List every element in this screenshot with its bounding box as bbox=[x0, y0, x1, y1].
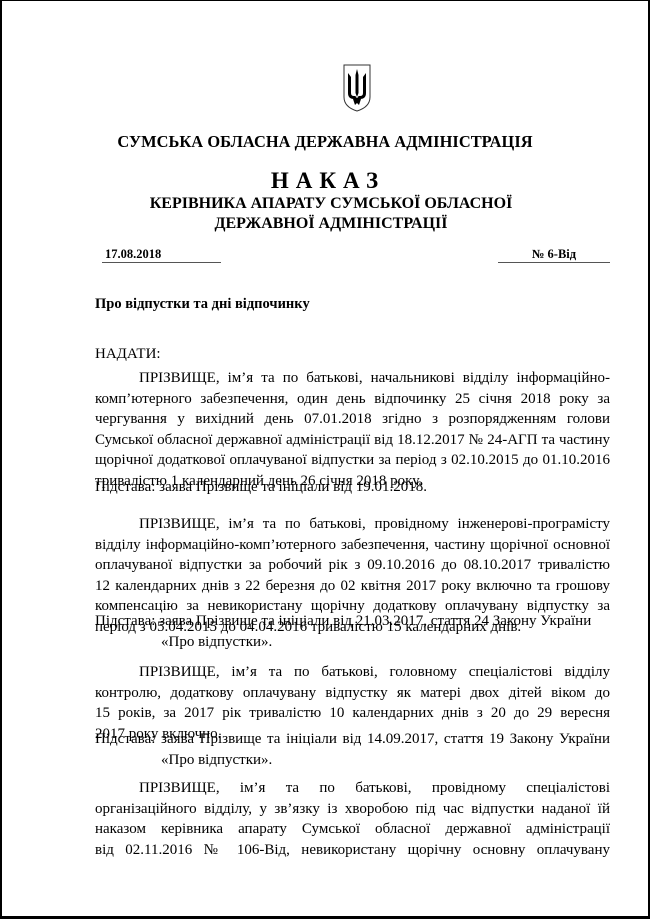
text-line: Підстава: заява Прізвище та ініціали від… bbox=[95, 729, 610, 750]
document-type-title: НАКАЗ bbox=[2, 168, 648, 194]
document-number: № 6-Від bbox=[498, 247, 610, 263]
issuer-title: КЕРІВНИКА АПАРАТУ СУМСЬКОЇ ОБЛАСНОЇ ДЕРЖ… bbox=[2, 194, 648, 234]
text-line: «Про відпустки». bbox=[95, 632, 610, 653]
text-line: оплачуваної відпустки за робочий рік з 0… bbox=[95, 555, 610, 576]
document-subject: Про відпустки та дні відпочинку bbox=[95, 296, 310, 313]
text-line: організаційного відділу, у зв’язку із хв… bbox=[95, 799, 610, 820]
text-line: контролю, додаткову оплачувану відпустку… bbox=[95, 683, 610, 704]
text-line: Підстава: заява Прізвище та ініціали від… bbox=[95, 477, 610, 498]
text-line: щорічної додаткової оплачуваної відпустк… bbox=[95, 450, 610, 471]
text-line: 15 років, за 2017 рік тривалістю 10 кале… bbox=[95, 703, 610, 724]
order-intro: НАДАТИ: bbox=[95, 344, 610, 365]
text-line: відділу інформаційно-комп’ютерного забез… bbox=[95, 535, 610, 556]
order-paragraph-4: ПРІЗВИЩЕ, ім’я та по батькові, провідном… bbox=[95, 778, 610, 860]
text-line: чергування у вихідний день 07.01.2018 зг… bbox=[95, 409, 610, 430]
issuer-line-2: ДЕРЖАВНОЇ АДМІНІСТРАЦІЇ bbox=[14, 214, 648, 234]
basis-note-2: Підстава: заява Прізвище та ініціали від… bbox=[95, 611, 610, 652]
basis-note-3: Підстава: заява Прізвище та ініціали від… bbox=[95, 729, 610, 770]
organization-title: СУМСЬКА ОБЛАСНА ДЕРЖАВНА АДМІНІСТРАЦІЯ bbox=[2, 132, 648, 152]
issuer-line-1: КЕРІВНИКА АПАРАТУ СУМСЬКОЇ ОБЛАСНОЇ bbox=[14, 194, 648, 214]
coat-of-arms-trident-icon bbox=[342, 63, 372, 113]
text-line: 12 календарних днів з 22 березня до 02 к… bbox=[95, 576, 610, 597]
basis-note-1: Підстава: заява Прізвище та ініціали від… bbox=[95, 477, 610, 498]
text-line: від 02.11.2016 № 106-Від, невикористану … bbox=[95, 840, 610, 861]
document-date: 17.08.2018 bbox=[102, 247, 221, 263]
document-page: СУМСЬКА ОБЛАСНА ДЕРЖАВНА АДМІНІСТРАЦІЯ Н… bbox=[0, 0, 650, 919]
text-line: ПРІЗВИЩЕ, ім’я та по батькові, провідном… bbox=[95, 778, 610, 799]
text-line: наказом керівника апарату Сумської облас… bbox=[95, 819, 610, 840]
text-line: ПРІЗВИЩЕ, ім’я та по батькові, провідном… bbox=[95, 514, 610, 535]
text-line: ПРІЗВИЩЕ, ім’я та по батькові, головному… bbox=[95, 662, 610, 683]
text-line: Підстава: заява Прізвище та ініціали від… bbox=[95, 611, 610, 632]
text-line: ПРІЗВИЩЕ, ім’я та по батькові, начальник… bbox=[95, 368, 610, 389]
text-line: «Про відпустки». bbox=[95, 750, 610, 771]
text-line: Сумської обласної державної адміністраці… bbox=[95, 430, 610, 451]
text-line: комп’ютерного забезпечення, один день ві… bbox=[95, 389, 610, 410]
order-paragraph-1: ПРІЗВИЩЕ, ім’я та по батькові, начальник… bbox=[95, 368, 610, 491]
